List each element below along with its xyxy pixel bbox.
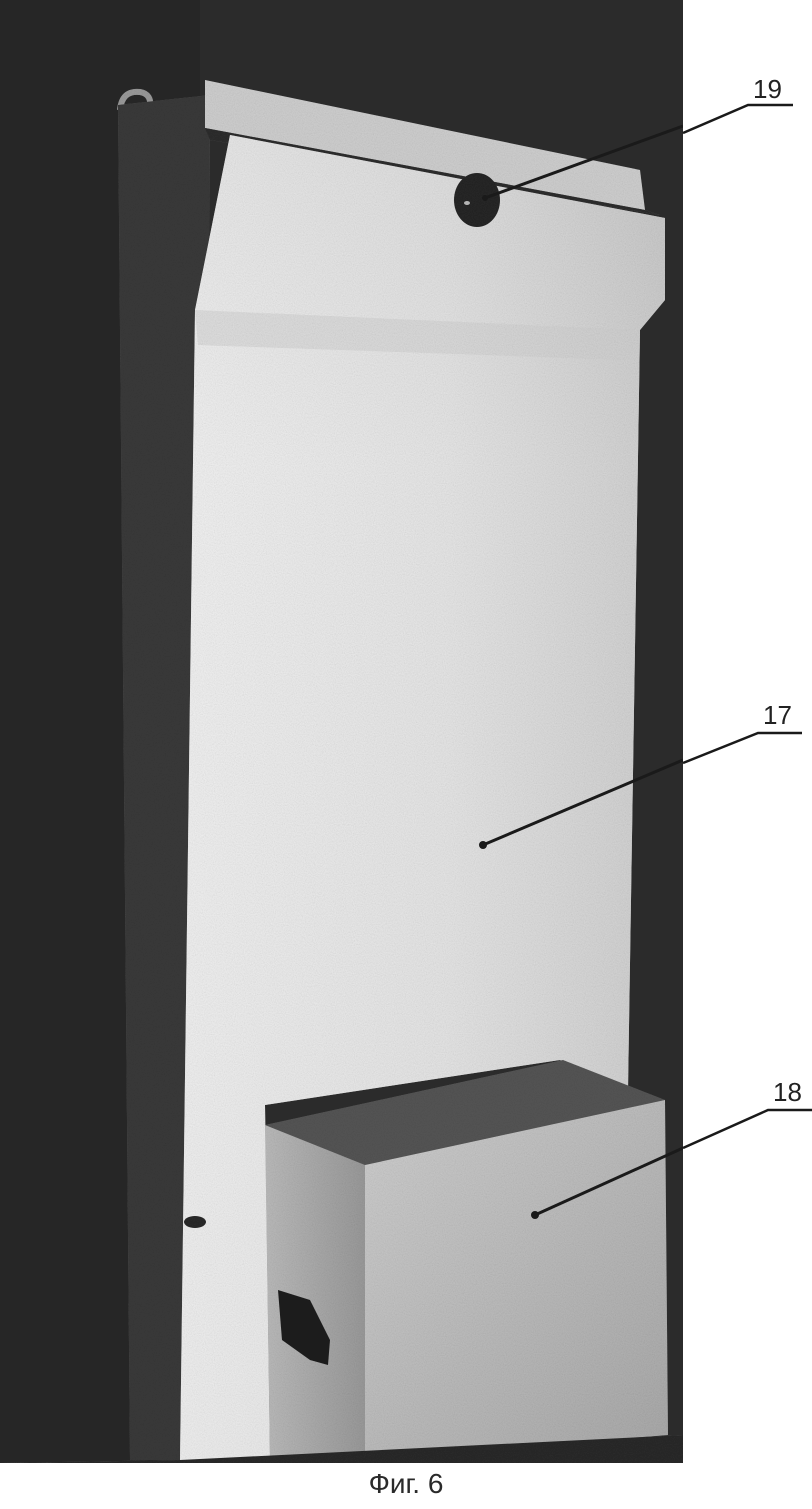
figure-caption: Фиг. 6	[0, 1468, 812, 1500]
callout-label-17: 17	[763, 700, 792, 731]
device-photo-illustration	[0, 0, 683, 1463]
patent-figure: 19 17 18 Фиг. 6	[0, 0, 812, 1509]
callout-label-18: 18	[773, 1077, 802, 1108]
callout-label-19: 19	[753, 74, 782, 105]
device-photograph	[0, 0, 683, 1463]
leader-line-17	[683, 733, 802, 763]
leader-line-19	[683, 105, 793, 133]
leader-line-18	[683, 1110, 812, 1148]
